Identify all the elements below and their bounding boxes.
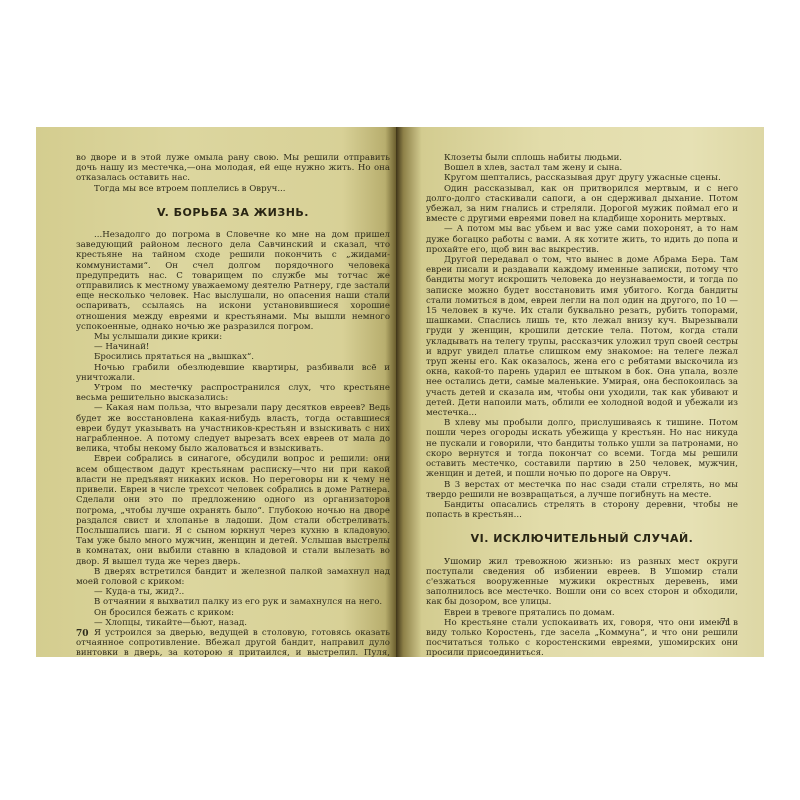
- paragraph: Один рассказывал, как он притворился мер…: [426, 184, 738, 225]
- paragraph: Ночью грабили обезлюдевшие квартиры, раз…: [76, 363, 390, 383]
- paragraph: Бандиты опасались стрелять в сторону дер…: [426, 500, 738, 520]
- paragraph: Мы услышали дикие крики:: [76, 332, 390, 342]
- paragraph: Вошел в хлев, застал там жену и сына.: [426, 163, 738, 173]
- paragraph: — А потом мы вас убьем и вас уже сами по…: [426, 224, 738, 255]
- open-book: во дворе и в этой луже омыла рану свою. …: [36, 127, 764, 657]
- paragraph: во дворе и в этой луже омыла рану свою. …: [76, 153, 390, 184]
- left-page: во дворе и в этой луже омыла рану свою. …: [36, 127, 396, 657]
- paragraph: — Начинай!: [76, 342, 390, 352]
- right-page: Клозеты были сплошь набиты людьми.Вошел …: [396, 127, 764, 657]
- paragraph: Я устроился за дверью, ведущей в столову…: [76, 628, 390, 657]
- paragraph: Утром по местечку распространился слух, …: [76, 383, 390, 403]
- left-page-text: во дворе и в этой луже омыла рану свою. …: [76, 153, 390, 657]
- paragraph: В дверях встретился бандит и железной па…: [76, 567, 390, 587]
- page-number-right: 71: [720, 618, 731, 628]
- paragraph: Бросились прятаться на „вышках“.: [76, 352, 390, 362]
- left-intro-paragraphs: во дворе и в этой луже омыла рану свою. …: [76, 153, 390, 194]
- paragraph: В 3 верстах от местечка по нас сзади ста…: [426, 480, 738, 500]
- paragraph: Клозеты были сплошь набиты людьми.: [426, 153, 738, 163]
- paragraph: — Какая нам польза, что вырезали пару де…: [76, 403, 390, 454]
- paragraph: — Хлопцы, тикайте—бьют, назад.: [76, 618, 390, 628]
- paragraph: Он бросился бежать с криком:: [76, 608, 390, 618]
- paragraph: В хлеву мы пробыли долго, прислушиваясь …: [426, 418, 738, 479]
- paragraph: ...Незадолго до погрома в Словечне ко мн…: [76, 230, 390, 332]
- section-heading-vi: VI. ИСКЛЮЧИТЕЛЬНЫЙ СЛУЧАЙ.: [426, 534, 738, 544]
- right-section-paragraphs: Ушомир жил тревожною жизнью: из разных м…: [426, 557, 738, 657]
- paragraph: Тогда мы все втроем поплелись в Овруч...: [76, 184, 390, 194]
- right-body-paragraphs: Клозеты были сплошь набиты людьми.Вошел …: [426, 153, 738, 520]
- paragraph: Евреи собрались в синагоге, обсудили воп…: [76, 454, 390, 566]
- paragraph: В отчаянии я выхватил палку из его рук и…: [76, 597, 390, 607]
- left-body-paragraphs: ...Незадолго до погрома в Словечне ко мн…: [76, 230, 390, 657]
- paragraph: — Куда-а ты, жид?..: [76, 587, 390, 597]
- paragraph: Но крестьяне стали успокаивать их, говор…: [426, 618, 738, 657]
- right-page-text: Клозеты были сплошь набиты людьми.Вошел …: [426, 153, 738, 657]
- section-heading-v: V. БОРЬБА ЗА ЖИЗНЬ.: [76, 208, 390, 218]
- paragraph: Другой передавал о том, что вынес в доме…: [426, 255, 738, 418]
- paragraph: Евреи в тревоге прятались по домам.: [426, 608, 738, 618]
- paragraph: Кругом шептались, рассказывая друг другу…: [426, 173, 738, 183]
- paragraph: Ушомир жил тревожною жизнью: из разных м…: [426, 557, 738, 608]
- page-number-left: 70: [76, 629, 89, 639]
